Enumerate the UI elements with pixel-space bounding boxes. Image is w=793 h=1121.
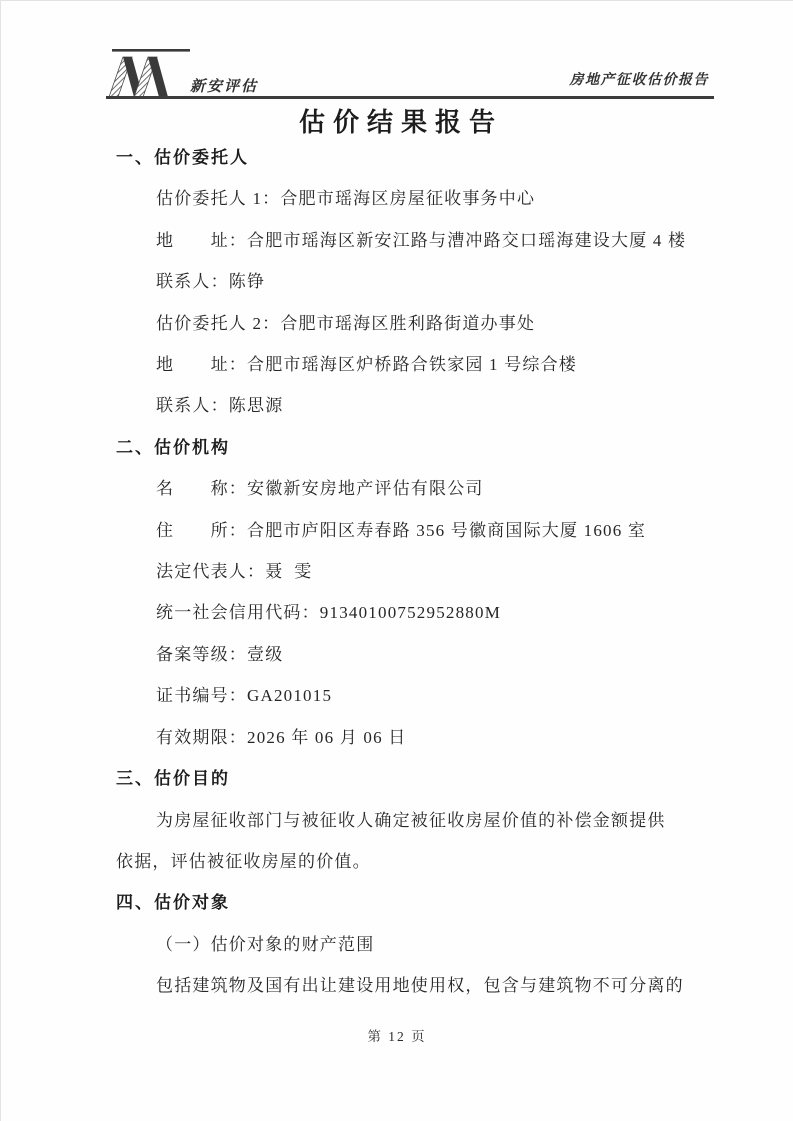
header-rule	[106, 96, 714, 99]
section-heading-purpose: 三、估价目的	[116, 758, 716, 799]
agency-legal-rep-line: 法定代表人：聂 雯	[116, 551, 716, 592]
consignor-1-contact-line: 联系人：陈铮	[116, 261, 716, 302]
section-heading-agency: 二、估价机构	[116, 427, 716, 468]
consignor-1-name-line: 估价委托人 1：合肥市瑶海区房屋征收事务中心	[116, 178, 716, 219]
purpose-paragraph-line-1: 为房屋征收部门与被征收人确定被征收房屋价值的补偿金额提供	[116, 800, 716, 841]
company-logo-text: 新安评估	[190, 75, 258, 96]
consignor-2-address-line: 地 址：合肥市瑶海区炉桥路合铁家园 1 号综合楼	[116, 344, 716, 385]
consignor-1-address-line: 地 址：合肥市瑶海区新安江路与漕冲路交口瑶海建设大厦 4 楼	[116, 220, 716, 261]
agency-address-line: 住 所：合肥市庐阳区寿春路 356 号徽商国际大厦 1606 室	[116, 510, 716, 551]
consignor-2-contact-line: 联系人：陈思源	[116, 385, 716, 426]
agency-record-grade-line: 备案等级：壹级	[116, 634, 716, 675]
agency-validity-line: 有效期限：2026 年 06 月 06 日	[116, 717, 716, 758]
agency-certificate-no-line: 证书编号：GA201015	[116, 675, 716, 716]
report-page: 新安评估 房地产征收估价报告 估价结果报告 一、估价委托人 估价委托人 1：合肥…	[0, 0, 793, 1121]
purpose-paragraph-line-2: 依据，评估被征收房屋的价值。	[116, 841, 716, 882]
consignor-2-name-line: 估价委托人 2：合肥市瑶海区胜利路街道办事处	[116, 303, 716, 344]
agency-credit-code-line: 统一社会信用代码：91340100752952880M	[116, 592, 716, 633]
agency-name-line: 名 称：安徽新安房地产评估有限公司	[116, 468, 716, 509]
document-body: 一、估价委托人 估价委托人 1：合肥市瑶海区房屋征收事务中心 地 址：合肥市瑶海…	[116, 137, 716, 1007]
section-heading-consignor: 一、估价委托人	[116, 137, 716, 178]
header-doc-type: 房地产征收估价报告	[570, 69, 710, 89]
section-heading-subject: 四、估价对象	[116, 882, 716, 923]
page-number: 第 12 页	[1, 1025, 793, 1045]
subject-scope-heading-line: （一）估价对象的财产范围	[116, 924, 716, 965]
subject-scope-paragraph-line: 包括建筑物及国有出让建设用地使用权，包含与建筑物不可分离的	[116, 965, 716, 1006]
page-title: 估价结果报告	[1, 102, 793, 139]
